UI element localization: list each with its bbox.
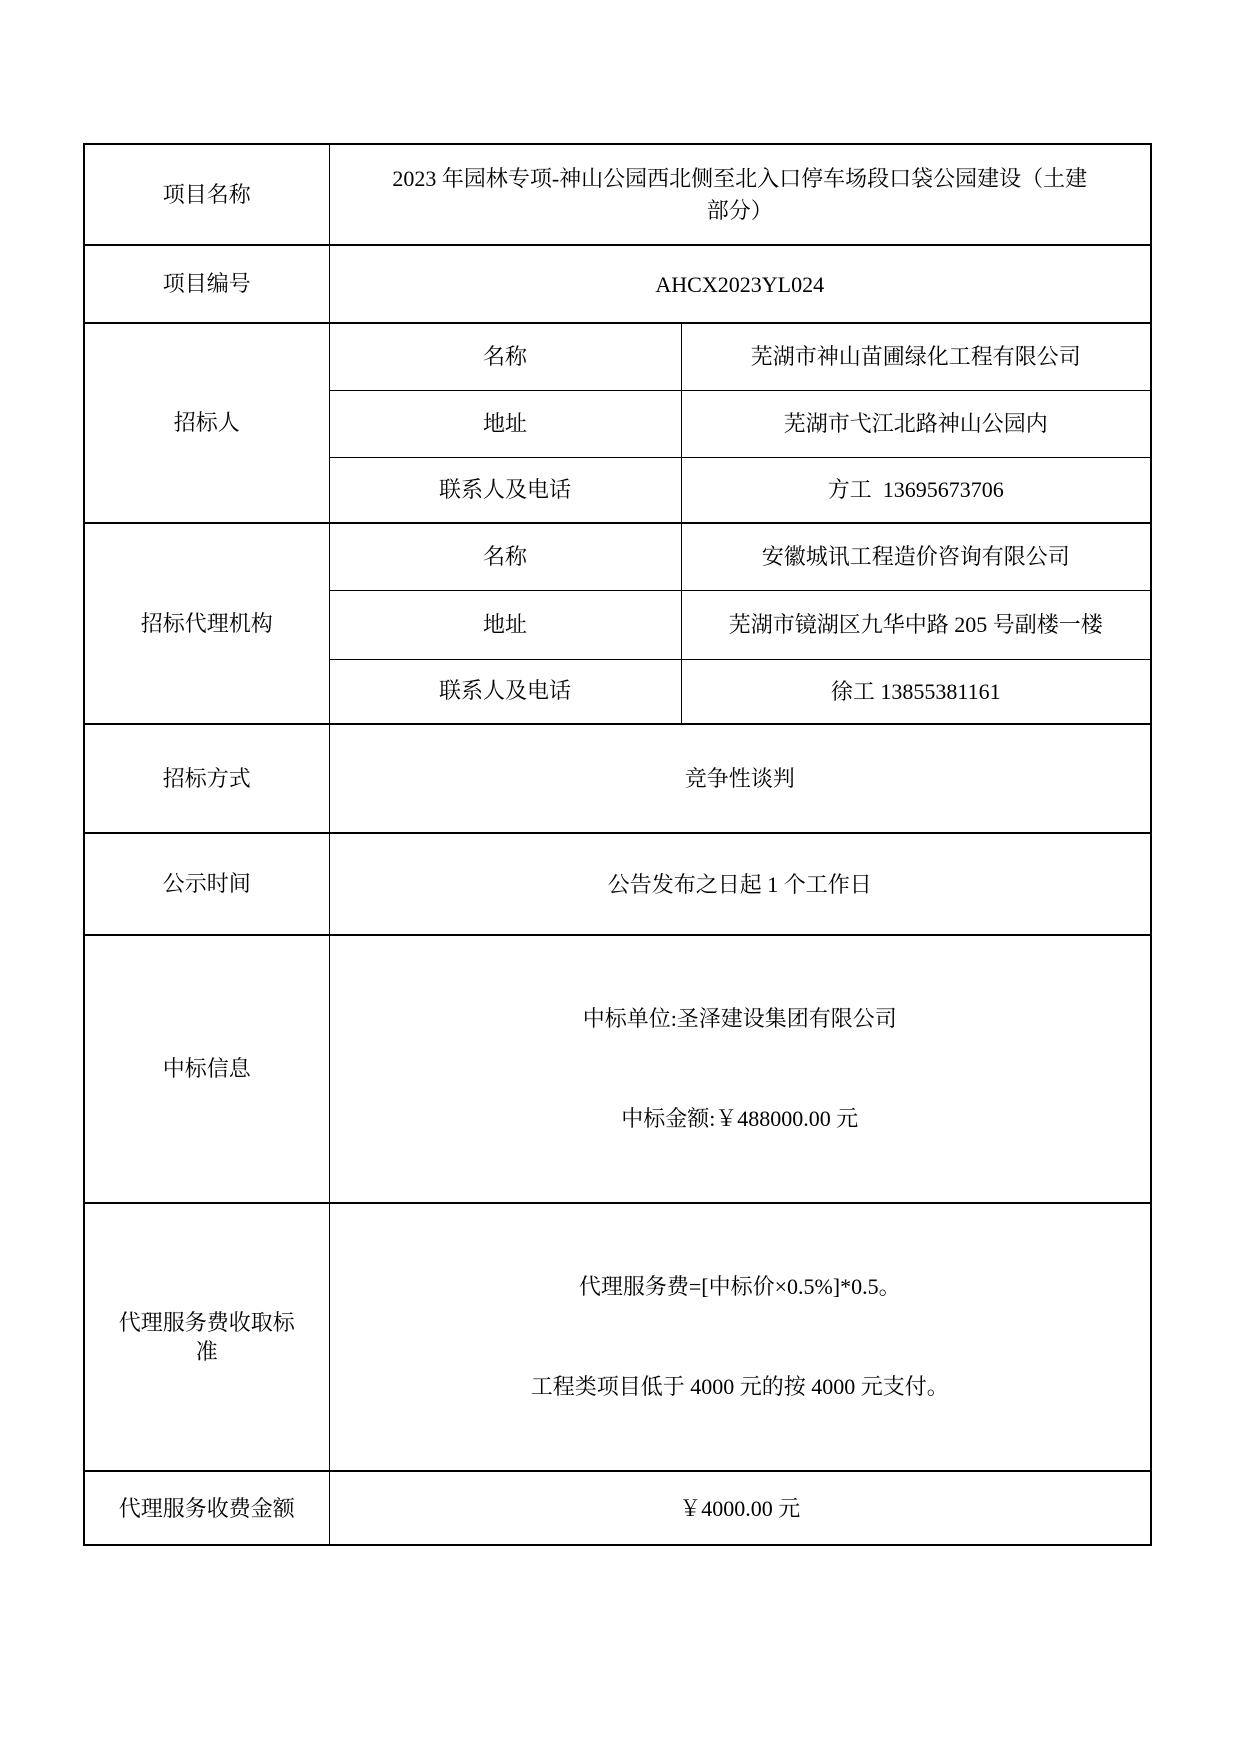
bid-method-label: 招标方式 bbox=[84, 724, 329, 833]
table-row: 中标信息 中标单位:圣泽建设集团有限公司 中标金额:￥488000.00 元 bbox=[84, 935, 1151, 1203]
fee-minimum-line: 工程类项目低于 4000 元的按 4000 元支付。 bbox=[338, 1370, 1143, 1404]
table-row: 公示时间 公告发布之日起 1 个工作日 bbox=[84, 833, 1151, 935]
publicity-period-label: 公示时间 bbox=[84, 833, 329, 935]
bid-method-value: 竞争性谈判 bbox=[329, 724, 1151, 833]
agency-address-value: 芜湖市镜湖区九华中路 205 号副楼一楼 bbox=[681, 590, 1151, 659]
project-name-value: 2023 年园林专项-神山公园西北侧至北入口停车场段口袋公园建设（土建部分） bbox=[329, 144, 1151, 245]
fee-standard-value: 代理服务费=[中标价×0.5%]*0.5。 工程类项目低于 4000 元的按 4… bbox=[329, 1203, 1151, 1471]
tenderer-name-value: 芜湖市神山苗圃绿化工程有限公司 bbox=[681, 323, 1151, 390]
table-row: 招标代理机构 名称 安徽城讯工程造价咨询有限公司 bbox=[84, 523, 1151, 590]
tenderer-address-label: 地址 bbox=[329, 390, 681, 457]
tenderer-contact-value: 方工 13695673706 bbox=[681, 457, 1151, 523]
fee-amount-value: ￥4000.00 元 bbox=[329, 1471, 1151, 1545]
agency-name-label: 名称 bbox=[329, 523, 681, 590]
document-page: 项目名称 2023 年园林专项-神山公园西北侧至北入口停车场段口袋公园建设（土建… bbox=[0, 0, 1239, 1754]
agency-contact-value: 徐工 13855381161 bbox=[681, 659, 1151, 724]
tenderer-address-value: 芜湖市弋江北路神山公园内 bbox=[681, 390, 1151, 457]
table-row: 代理服务收费金额 ￥4000.00 元 bbox=[84, 1471, 1151, 1545]
award-winner-line: 中标单位:圣泽建设集团有限公司 bbox=[338, 1002, 1143, 1036]
table-row: 招标方式 竞争性谈判 bbox=[84, 724, 1151, 833]
agency-contact-label: 联系人及电话 bbox=[329, 659, 681, 724]
award-info-value: 中标单位:圣泽建设集团有限公司 中标金额:￥488000.00 元 bbox=[329, 935, 1151, 1203]
agency-name-value: 安徽城讯工程造价咨询有限公司 bbox=[681, 523, 1151, 590]
table-row: 项目名称 2023 年园林专项-神山公园西北侧至北入口停车场段口袋公园建设（土建… bbox=[84, 144, 1151, 245]
table-row: 代理服务费收取标准 代理服务费=[中标价×0.5%]*0.5。 工程类项目低于 … bbox=[84, 1203, 1151, 1471]
tenderer-contact-label: 联系人及电话 bbox=[329, 457, 681, 523]
agency-label: 招标代理机构 bbox=[84, 523, 329, 724]
tender-result-table: 项目名称 2023 年园林专项-神山公园西北侧至北入口停车场段口袋公园建设（土建… bbox=[83, 143, 1152, 1546]
fee-standard-label: 代理服务费收取标准 bbox=[84, 1203, 329, 1471]
publicity-period-value: 公告发布之日起 1 个工作日 bbox=[329, 833, 1151, 935]
table-row: 项目编号 AHCX2023YL024 bbox=[84, 245, 1151, 323]
award-amount-line: 中标金额:￥488000.00 元 bbox=[338, 1102, 1143, 1136]
award-info-label: 中标信息 bbox=[84, 935, 329, 1203]
fee-formula-line: 代理服务费=[中标价×0.5%]*0.5。 bbox=[338, 1270, 1143, 1304]
tenderer-name-label: 名称 bbox=[329, 323, 681, 390]
tenderer-label: 招标人 bbox=[84, 323, 329, 523]
table-row: 招标人 名称 芜湖市神山苗圃绿化工程有限公司 bbox=[84, 323, 1151, 390]
project-number-value: AHCX2023YL024 bbox=[329, 245, 1151, 323]
agency-address-label: 地址 bbox=[329, 590, 681, 659]
fee-amount-label: 代理服务收费金额 bbox=[84, 1471, 329, 1545]
project-number-label: 项目编号 bbox=[84, 245, 329, 323]
project-name-label: 项目名称 bbox=[84, 144, 329, 245]
